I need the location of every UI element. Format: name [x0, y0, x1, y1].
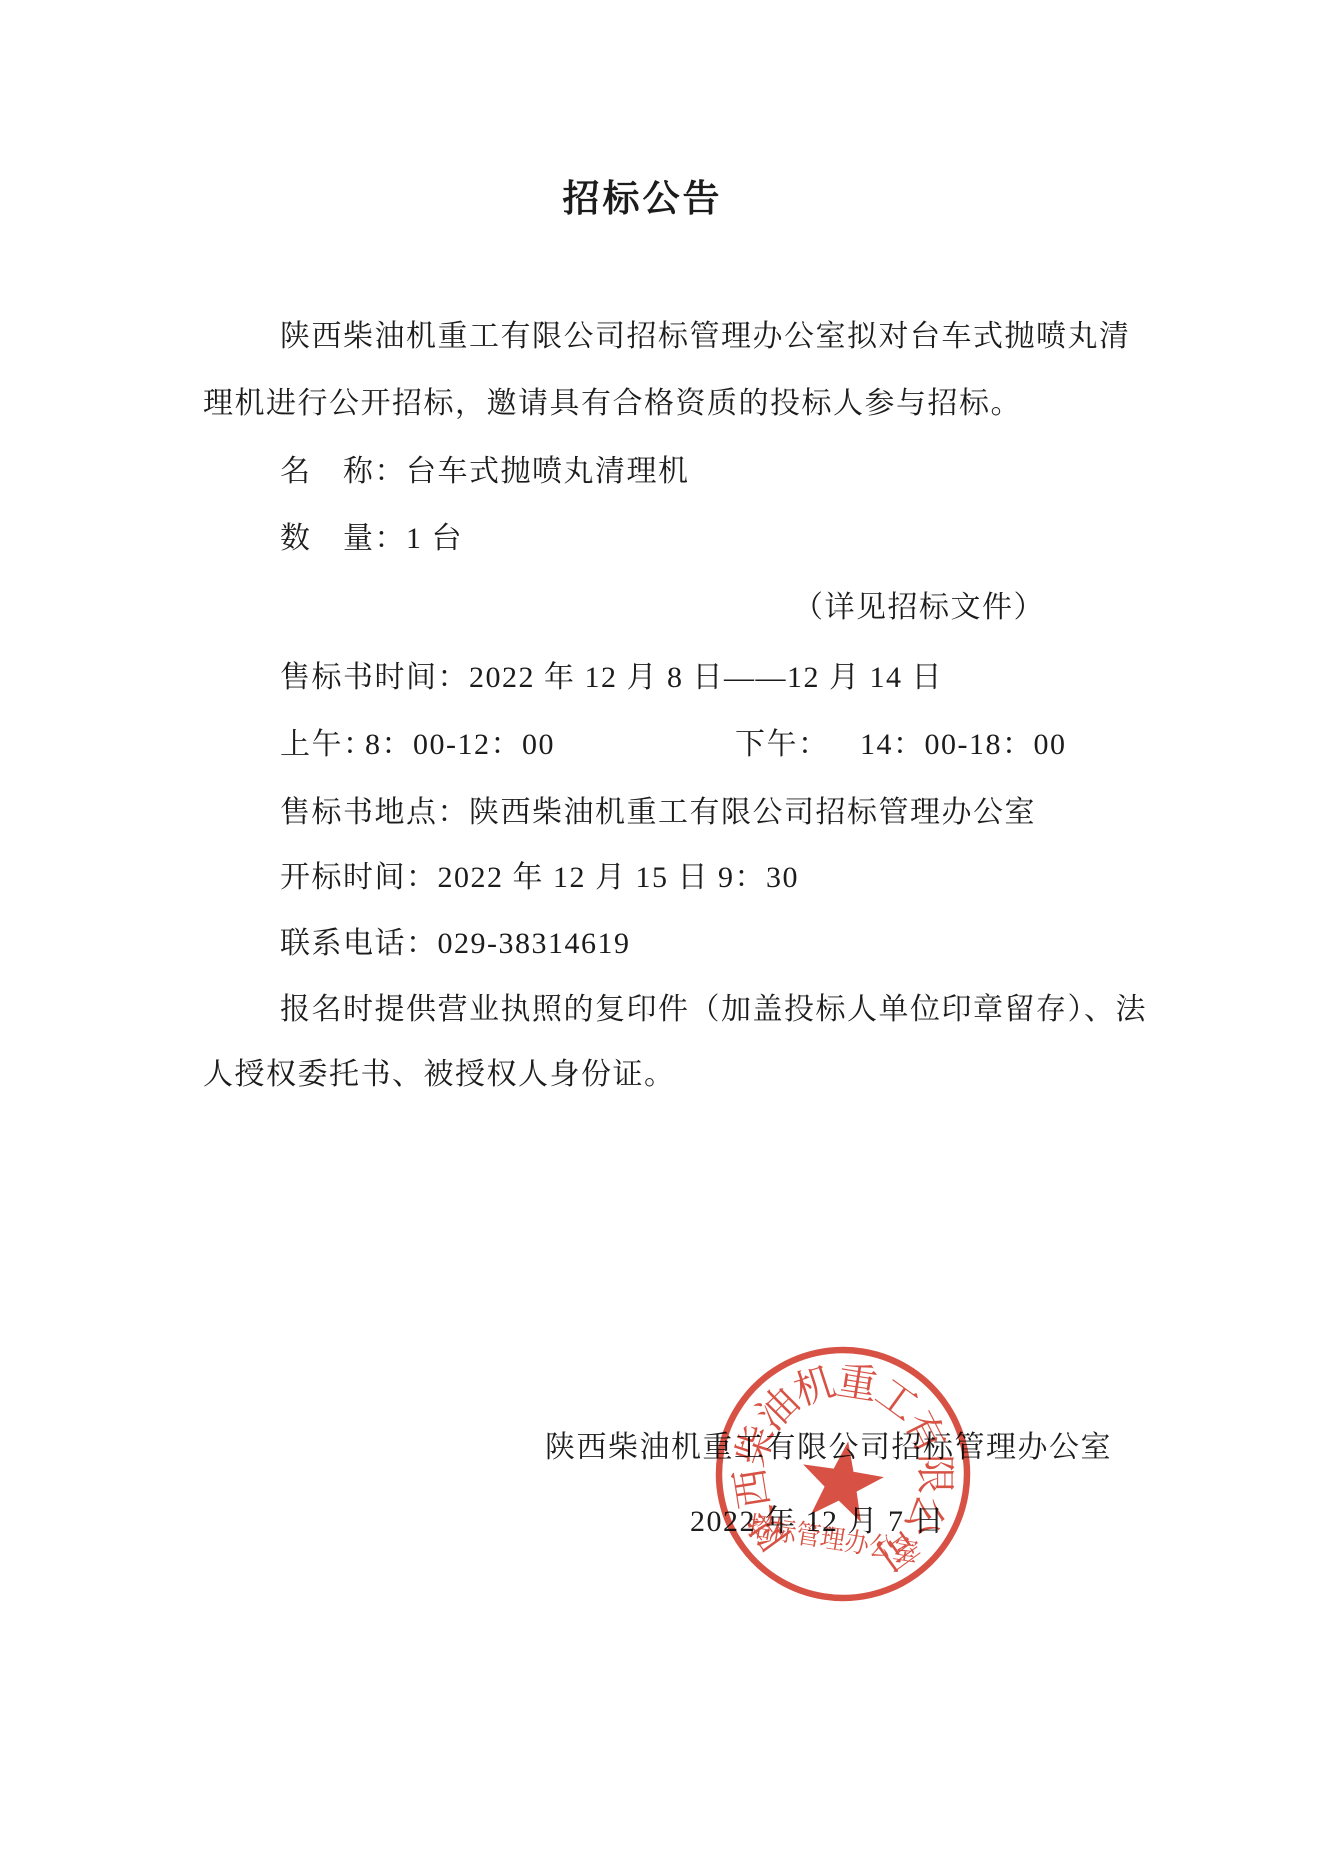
hours-morning-value: 8：00-12：00: [365, 728, 555, 762]
bid-doc-sale-time: 售标书时间：2022 年 12 月 8 日——12 月 14 日: [280, 661, 943, 695]
registration-note-line1: 报名时提供营业执照的复印件（加盖投标人单位印章留存）、法: [280, 993, 1147, 1027]
paragraph1-line2: 理机进行公开招标，邀请具有合格资质的投标人参与招标。: [203, 387, 1022, 421]
signature-organization: 陕西柴油机重工有限公司招标管理办公室: [545, 1422, 1112, 1466]
stamp-arc-char: 工: [868, 1370, 927, 1430]
hours-afternoon-label: 下午：: [735, 728, 830, 762]
hours-morning-label: 上午：: [280, 728, 375, 762]
stamp-arc-char: 机: [789, 1359, 841, 1414]
item-quantity: 数 量：1 台: [280, 522, 463, 556]
document-page: 招标公告 陕西柴油机重工有限公司招标管理办公室拟对台车式抛喷丸清 理机进行公开招…: [0, 0, 1323, 1871]
page-title: 招标公告: [0, 168, 1285, 222]
bid-doc-sale-place: 售标书地点：陕西柴油机重工有限公司招标管理办公室: [280, 796, 1036, 830]
contact-phone: 联系电话：029-38314619: [280, 927, 631, 961]
see-tender-docs-note: （详见招标文件）: [793, 591, 1045, 625]
tender-announcement-document: { "title": "招标公告", "body": { "para1_line…: [0, 0, 1323, 1871]
stamp-ring: [712, 1343, 974, 1605]
stamp-seal-graphic: 陕西柴油机重工有限公司招标管理办公室: [712, 1343, 974, 1605]
registration-note-line2: 人授权委托书、被授权人身份证。: [203, 1058, 676, 1092]
item-name: 名 称：台车式抛喷丸清理机: [280, 455, 690, 489]
paragraph1-line1: 陕西柴油机重工有限公司招标管理办公室拟对台车式抛喷丸清: [280, 320, 1131, 354]
stamp-arc-char: 重: [834, 1358, 881, 1409]
bid-opening-time: 开标时间：2022 年 12 月 15 日 9：30: [280, 861, 799, 895]
hours-afternoon-value: 14：00-18：00: [860, 728, 1067, 762]
official-red-stamp: 陕西柴油机重工有限公司招标管理办公室: [712, 1343, 974, 1605]
signature-date: 2022 年 12 月 7 日: [690, 1496, 945, 1540]
